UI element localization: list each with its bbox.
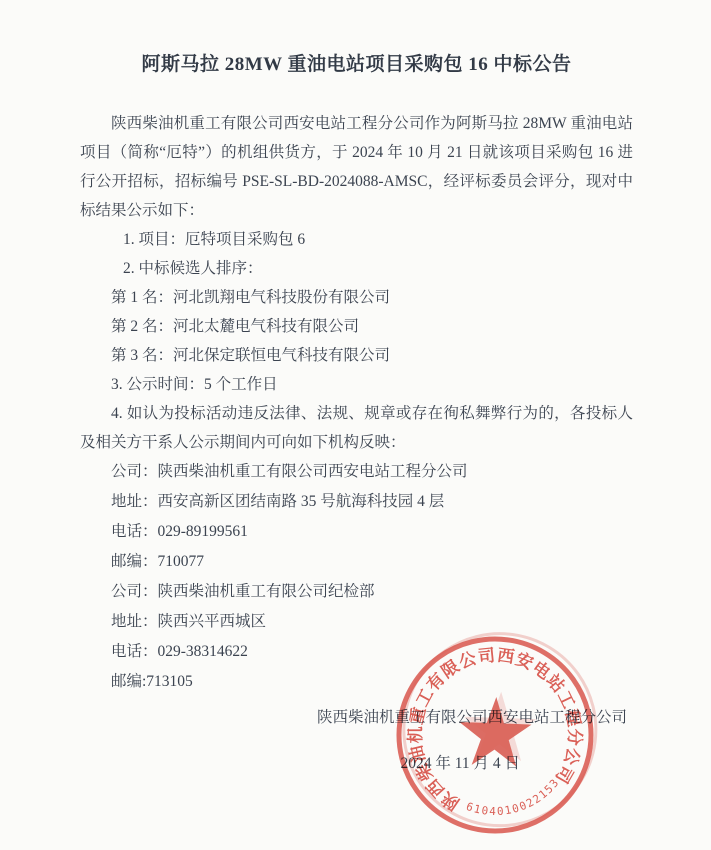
list-item: 第 2 名：河北太麓电气科技有限公司 [80, 312, 633, 341]
contact-line: 电话：029-38314622 [80, 637, 633, 667]
intro-paragraph: 陕西柴油机重工有限公司西安电站工程分公司作为阿斯马拉 28MW 重油电站项目（简… [80, 109, 633, 225]
signature-date: 2024 年 11 月 4 日 [80, 749, 633, 779]
list-item: 第 3 名：河北保定联恒电气科技有限公司 [80, 341, 633, 370]
contact-line: 公司：陕西柴油机重工有限公司西安电站工程分公司 [80, 457, 633, 487]
contact-line: 地址：陕西兴平西城区 [80, 607, 633, 637]
list-item: 3. 公示时间：5 个工作日 [80, 370, 633, 399]
contact-info: 公司：陕西柴油机重工有限公司西安电站工程分公司 地址：西安高新区团结南路 35 … [80, 457, 633, 697]
scanned-announcement-page: { "document": { "title": "阿斯马拉 28MW 重油电站… [0, 0, 711, 850]
document-title: 阿斯马拉 28MW 重油电站项目采购包 16 中标公告 [80, 50, 633, 79]
contact-line: 电话：029-89199561 [80, 517, 633, 547]
contact-line: 邮编：710077 [80, 547, 633, 577]
list-item: 2. 中标候选人排序： [80, 254, 633, 283]
contact-line: 公司：陕西柴油机重工有限公司纪检部 [80, 577, 633, 607]
document-body: 阿斯马拉 28MW 重油电站项目采购包 16 中标公告 陕西柴油机重工有限公司西… [0, 0, 711, 779]
signature-company: 陕西柴油机重工有限公司西安电站工程分公司 [80, 703, 633, 733]
announcement-items: 1. 项目：厄特项目采购包 6 2. 中标候选人排序： 第 1 名：河北凯翔电气… [80, 225, 633, 457]
contact-line: 邮编:713105 [80, 667, 633, 697]
list-item: 1. 项目：厄特项目采购包 6 [80, 225, 633, 254]
list-item: 4. 如认为投标活动违反法律、法规、规章或存在徇私舞弊行为的，各投标人及相关方干… [80, 399, 633, 457]
list-item: 第 1 名：河北凯翔电气科技股份有限公司 [80, 283, 633, 312]
contact-line: 地址：西安高新区团结南路 35 号航海科技园 4 层 [80, 487, 633, 517]
seal-serial: 6104010022153 [461, 774, 567, 828]
